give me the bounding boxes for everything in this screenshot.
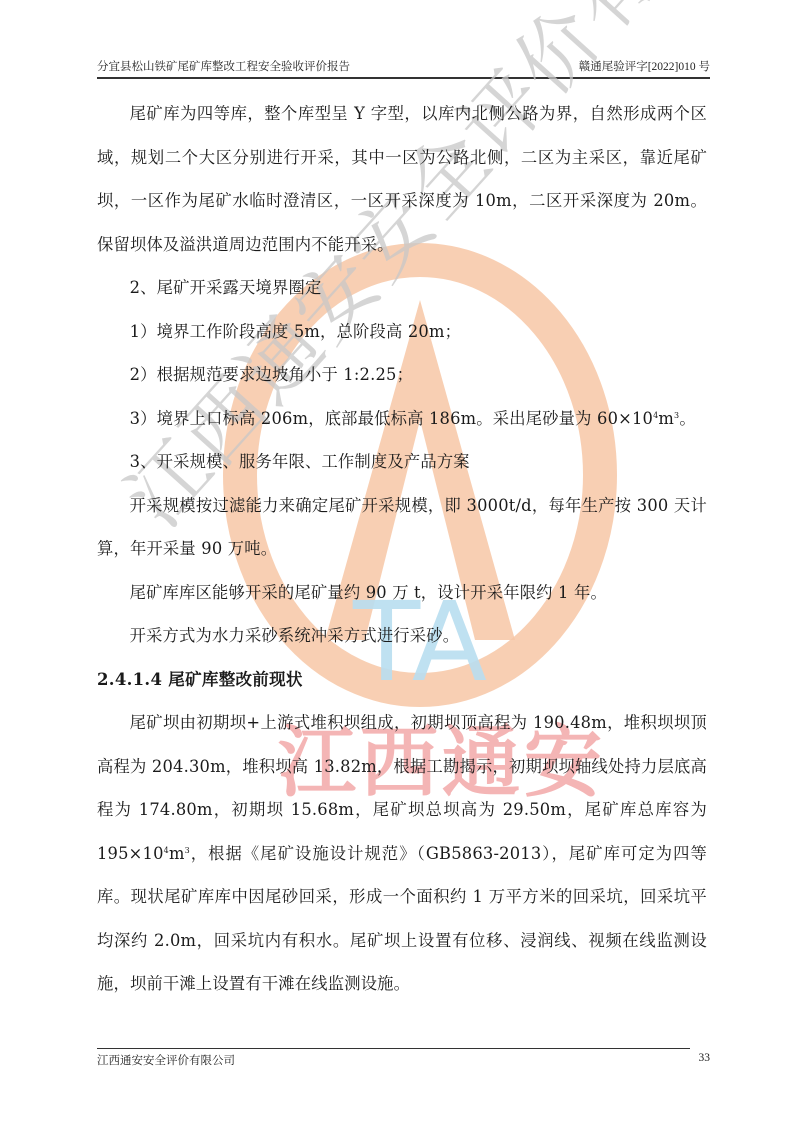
page-number: 33 [699, 1052, 711, 1064]
paragraph-volume: 尾矿库库区能够开采的尾矿量约 90 万 t，设计开采年限约 1 年。 [97, 571, 707, 615]
list-item: 2）根据规范要求边坡角小于 1:2.25； [97, 353, 707, 397]
paragraph-method: 开采方式为水力采砂系统冲采方式进行采砂。 [97, 614, 707, 658]
list-item: 1）境界工作阶段高度 5m，总阶段高 20m； [97, 310, 707, 354]
report-title: 分宜县松山铁矿尾矿库整改工程安全验收评价报告 [97, 58, 350, 74]
subsection-2-title: 2、尾矿开采露天境界圈定 [97, 266, 707, 310]
paragraph-scale: 开采规模按过滤能力来确定尾矿开采规模，即 3000t/d，每年生产按 300 天… [97, 484, 707, 571]
company-name: 江西通安安全评价有限公司 [97, 1052, 235, 1068]
footer-divider [97, 1048, 690, 1049]
header-divider [97, 77, 710, 79]
paragraph-status: 尾矿坝由初期坝+上游式堆积坝组成，初期坝顶高程为 190.48m，堆积坝坝顶高程… [97, 701, 707, 1006]
list-item: 3）境界上口标高 206m，底部最低标高 186m。采出尾砂量为 60×104m… [97, 397, 707, 441]
document-number: 赣通尾验评字[2022]010 号 [579, 58, 710, 74]
paragraph-layout: 尾矿库为四等库，整个库型呈 Y 字型，以库内北侧公路为界，自然形成两个区域，规划… [97, 92, 707, 266]
document-page: 分宜县松山铁矿尾矿库整改工程安全验收评价报告 赣通尾验评字[2022]010 号… [0, 0, 800, 1131]
document-body: 尾矿库为四等库，整个库型呈 Y 字型，以库内北侧公路为界，自然形成两个区域，规划… [97, 92, 707, 1006]
page-footer: 江西通安安全评价有限公司 33 [97, 1052, 710, 1070]
page-header: 分宜县松山铁矿尾矿库整改工程安全验收评价报告 赣通尾验评字[2022]010 号 [97, 58, 710, 78]
subsection-3-title: 3、开采规模、服务年限、工作制度及产品方案 [97, 440, 707, 484]
section-heading: 2.4.1.4 尾矿库整改前现状 [97, 658, 707, 702]
